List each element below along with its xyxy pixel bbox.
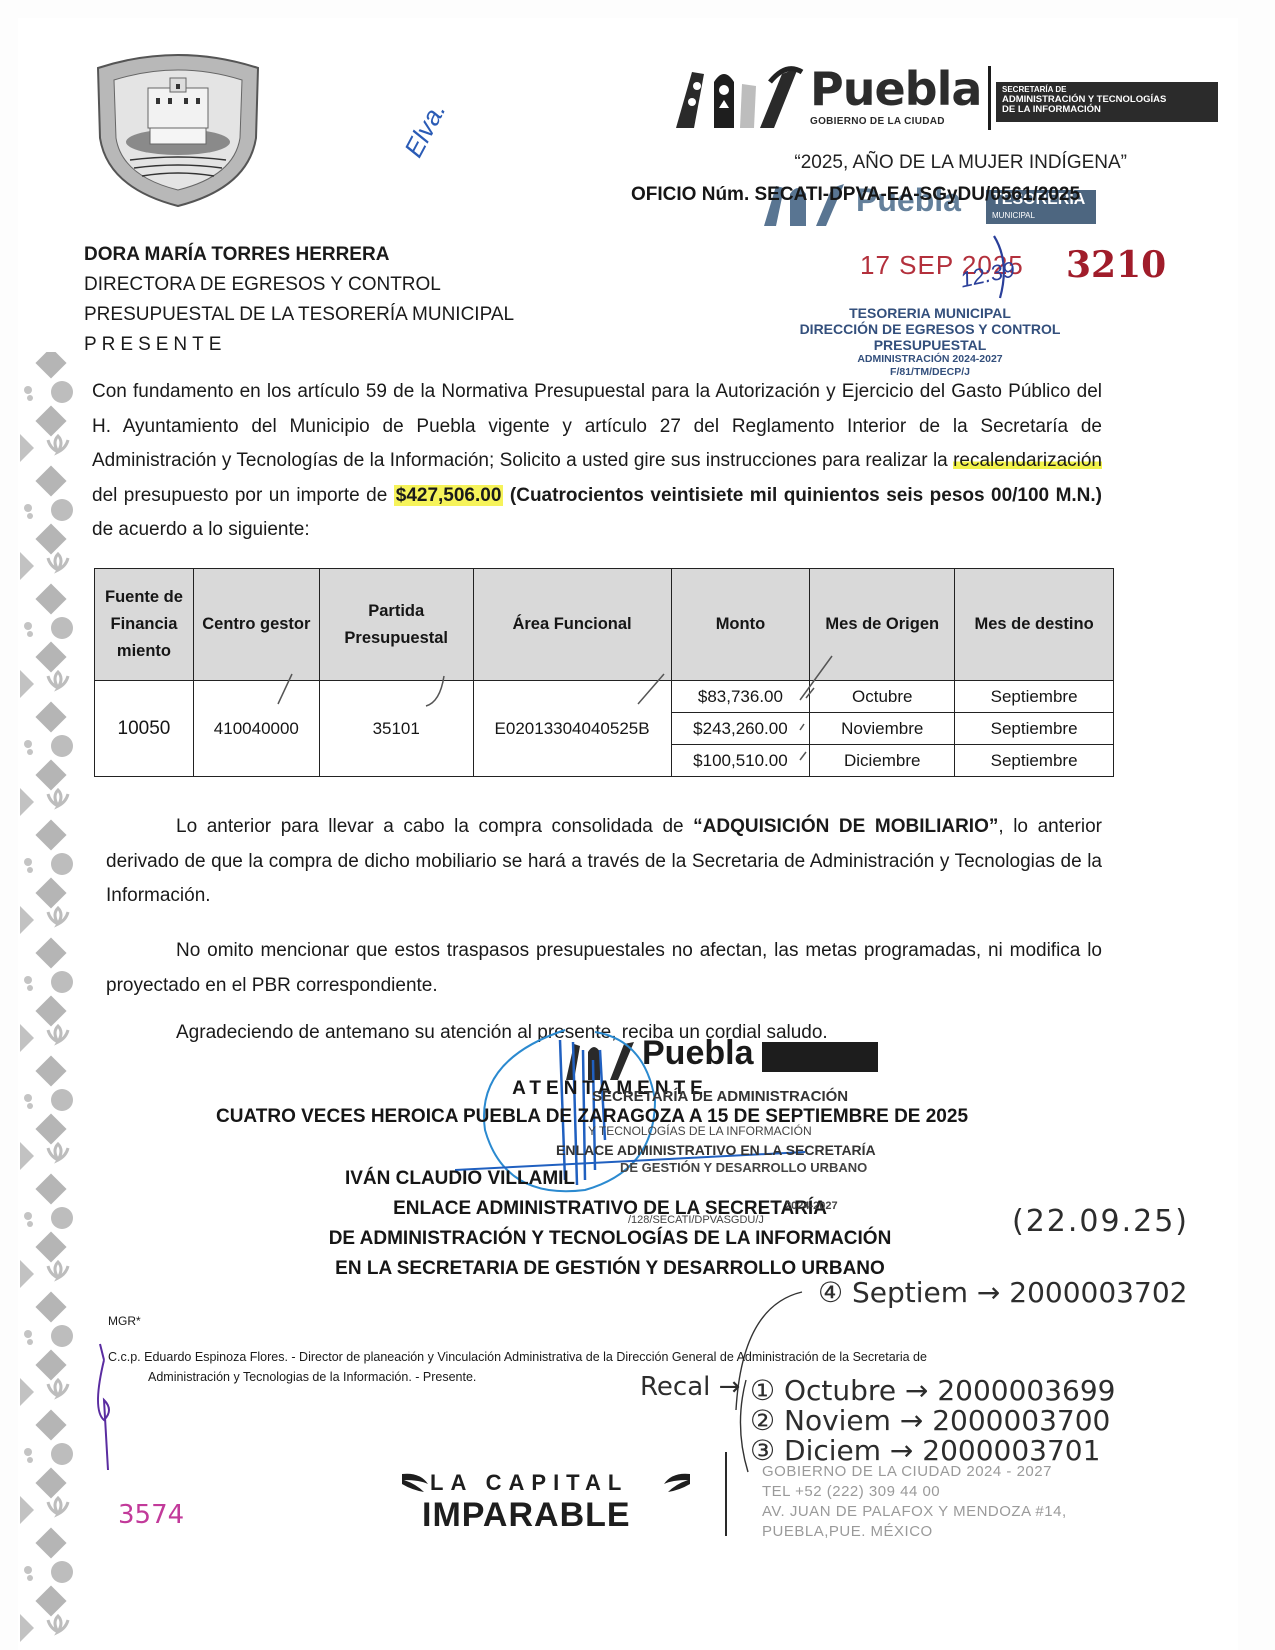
- secretaria-label-box: SECRETARÍA DE ADMINISTRACIÓN Y TECNOLOGÍ…: [996, 82, 1218, 122]
- request-text-c: de acuerdo a lo siguiente:: [92, 519, 310, 540]
- slogan-top: LA CAPITAL: [430, 1470, 628, 1496]
- ccp-line1: C.c.p. Eduardo Espinoza Flores. - Direct…: [108, 1350, 927, 1364]
- footer-address-line1: GOBIERNO DE LA CIUDAD 2024 - 2027: [762, 1462, 1067, 1482]
- table-row: 10050 410040000 35101 E02013304040525B $…: [95, 681, 1114, 713]
- footer-address-line3: AV. JUAN DE PALAFOX Y MENDOZA #14,: [762, 1502, 1067, 1522]
- initials: MGR*: [108, 1314, 141, 1328]
- seal-text-line6: /128/SECATI/DPVASGDU/J: [628, 1214, 764, 1226]
- footer-divider: [725, 1452, 727, 1536]
- header-fuente: Fuente de Financia miento: [95, 569, 194, 681]
- cell-mes-destino: Septiembre: [955, 681, 1114, 713]
- request-text-b: del presupuesto por un importe de: [92, 485, 394, 506]
- highlighted-amount: $427,506.00: [394, 485, 504, 506]
- check-mark-icon: [270, 670, 300, 710]
- reception-folio-number: 3210: [1066, 244, 1166, 286]
- request-paragraph: Con fundamento en los artículo 59 de la …: [92, 375, 1102, 548]
- addressee-title-line2: PRESUPUESTAL DE LA TESORERÍA MUNICIPAL: [84, 300, 514, 330]
- footer-address: GOBIERNO DE LA CIUDAD 2024 - 2027 TEL +5…: [762, 1462, 1067, 1542]
- cell-monto: $100,510.00: [671, 745, 810, 777]
- reception-stamp-text: TESORERIA MUNICIPAL DIRECCIÓN DE EGRESOS…: [780, 305, 1080, 378]
- footer-address-line4: PUEBLA,PUE. MÉXICO: [762, 1522, 1067, 1542]
- budget-transfer-table: Fuente de Financia miento Centro gestor …: [94, 568, 1114, 777]
- table-header-row: Fuente de Financia miento Centro gestor …: [95, 569, 1114, 681]
- handwritten-date-note: (22.09.25): [1012, 1204, 1189, 1239]
- handwritten-septiembre-note: ④ Septiem → 2000003702: [818, 1276, 1187, 1309]
- check-marks-column-icon: [792, 652, 842, 772]
- cell-monto: $243,260.00: [671, 713, 810, 745]
- seal-text-line3: ENLACE ADMINISTRATIVO EN LA SECRETARÍA: [556, 1142, 876, 1158]
- la-capital-imparable-logo: LA CAPITAL IMPARABLE: [400, 1470, 700, 1540]
- cell-mes-destino: Septiembre: [955, 745, 1114, 777]
- logo-divider: [988, 66, 991, 130]
- addressee-title-line1: DIRECTORA DE EGRESOS Y CONTROL: [84, 270, 514, 300]
- year-motto: “2025, AÑO DE LA MUJER INDÍGENA”: [794, 152, 1127, 174]
- purpose-paragraph: Lo anterior para llevar a cabo la compra…: [106, 810, 1102, 914]
- handwritten-brace: [728, 1376, 752, 1476]
- request-text-a: Con fundamento en los artículo 59 de la …: [92, 381, 1102, 471]
- handwritten-bracket-mark: [990, 232, 1020, 302]
- cell-monto: $83,736.00: [671, 681, 810, 713]
- header-area-funcional: Área Funcional: [473, 569, 671, 681]
- handwritten-recal-item: ① Octubre → 2000003699: [750, 1374, 1115, 1407]
- decorative-side-border: [18, 352, 74, 1642]
- oficio-number: OFICIO Núm. SECATI-DPVA-EA-SGyDU/0561/20…: [631, 184, 1080, 206]
- purpose-bold-item: “ADQUISICIÓN DE MOBILIARIO”: [693, 816, 998, 837]
- left-wing-icon: [400, 1470, 430, 1498]
- check-mark-icon: [628, 670, 668, 710]
- footer-phone: TEL +52 (222) 309 44 00: [762, 1482, 1067, 1502]
- header-partida: Partida Presupuestal: [319, 569, 473, 681]
- puebla-government-logo: Puebla GOBIERNO DE LA CIUDAD SECRETARÍA …: [670, 62, 1220, 134]
- check-mark-icon: [420, 672, 450, 712]
- stamp-line-4: ADMINISTRACIÓN 2024-2027: [780, 353, 1080, 366]
- cell-mes-destino: Septiembre: [955, 713, 1114, 745]
- stamp-line-3: PRESUPUESTAL: [780, 337, 1080, 353]
- city-coat-of-arms-icon: [88, 48, 268, 208]
- signer-name: IVÁN CLAUDIO VILLAMIL: [0, 1168, 1070, 1190]
- handwritten-purple-mark: [90, 1340, 130, 1480]
- stamp-line-2: DIRECCIÓN DE EGRESOS Y CONTROL: [780, 321, 1080, 337]
- amount-in-words: (Cuatrocientos veintisiete mil quiniento…: [510, 485, 1102, 506]
- handwritten-recal-item: ② Noviem → 2000003700: [750, 1404, 1110, 1437]
- header-mes-destino: Mes de destino: [955, 569, 1114, 681]
- seal-text-line2: Y TECNOLOGÍAS DE LA INFORMACIÓN: [588, 1124, 812, 1138]
- handwritten-bottom-number: 3574: [118, 1500, 184, 1530]
- header-monto: Monto: [671, 569, 810, 681]
- seal-text-line1: SECRETARÍA DE ADMINISTRACIÓN: [592, 1088, 848, 1105]
- tesoreria-subtitle: MUNICIPAL: [992, 208, 1090, 224]
- puebla-wordmark: Puebla: [810, 62, 981, 116]
- puebla-monuments-icon: [670, 62, 805, 132]
- cell-partida: 35101: [319, 681, 473, 777]
- stamp-line-1: TESORERIA MUNICIPAL: [780, 305, 1080, 321]
- secretaria-line2: DE LA INFORMACIÓN: [1002, 105, 1212, 115]
- puebla-logo-subtitle: GOBIERNO DE LA CIUDAD: [810, 116, 945, 127]
- highlighted-recalendarizacion: recalendarización: [953, 450, 1102, 471]
- addressee-presente: PRESENTE: [84, 330, 514, 360]
- impact-paragraph: No omito mencionar que estos traspasos p…: [106, 934, 1102, 1003]
- addressee-block: DORA MARÍA TORRES HERRERA DIRECTORA DE E…: [84, 240, 514, 360]
- seal-text-line5: 2024-2027: [785, 1200, 838, 1212]
- purpose-text-a: Lo anterior para llevar a cabo la compra…: [176, 816, 693, 837]
- handwritten-recal-label: Recal →: [640, 1372, 740, 1402]
- right-wing-icon: [652, 1470, 692, 1498]
- slogan-bottom: IMPARABLE: [422, 1496, 631, 1535]
- addressee-name: DORA MARÍA TORRES HERRERA: [84, 240, 514, 270]
- ccp-line2: Administración y Tecnologias de la Infor…: [148, 1370, 476, 1384]
- cell-fuente: 10050: [95, 681, 194, 777]
- header-centro-gestor: Centro gestor: [193, 569, 319, 681]
- cell-centro-gestor: 410040000: [193, 681, 319, 777]
